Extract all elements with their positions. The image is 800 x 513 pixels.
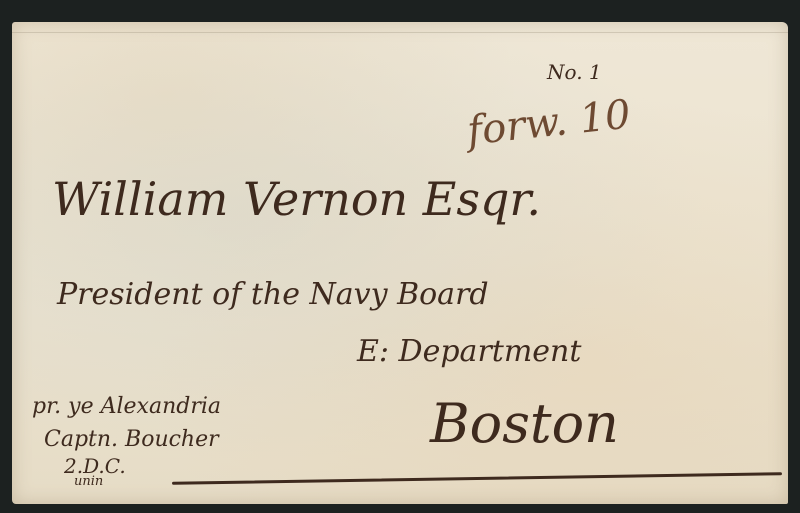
docket-number: No. 1 [547, 60, 602, 84]
addressee-title: President of the Navy Board [57, 277, 489, 312]
routing-ship: pr. ye Alexandria [32, 394, 221, 419]
letter-cover: No. 1 forw. 10 William Vernon Esqr. Pres… [12, 22, 788, 504]
routing-captain: Captn. Boucher [44, 427, 219, 452]
underline-rule [172, 472, 782, 485]
addressee-name: William Vernon Esqr. [52, 172, 541, 226]
rate-marking: forw. 10 [465, 92, 633, 155]
addressee-department: E: Department [357, 334, 581, 369]
routing-flourish: unin [74, 474, 103, 489]
fold-crease [12, 32, 788, 33]
addressee-city: Boston [430, 392, 619, 455]
